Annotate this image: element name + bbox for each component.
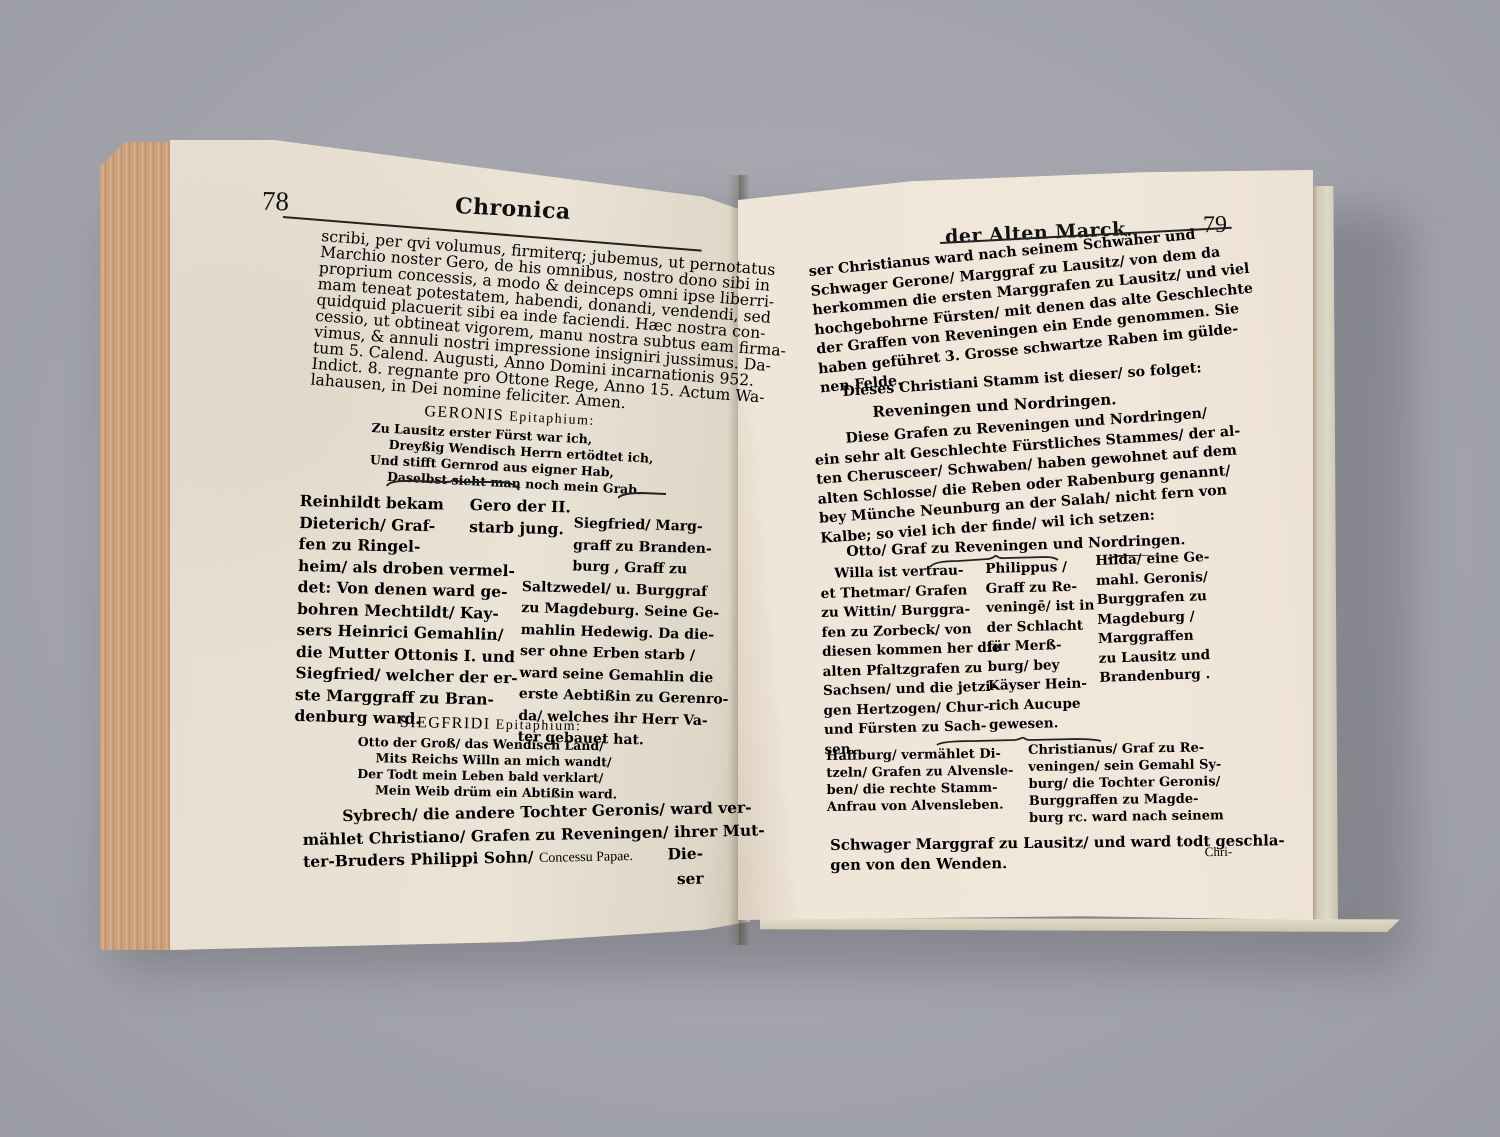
- siegfridi-epitaph-verse: Otto der Groß/ das Wendisch Land/ Mits R…: [357, 734, 658, 803]
- text-line: gen von den Wenden.: [830, 855, 1007, 874]
- epitaph-label: Epitaphium:: [509, 409, 595, 428]
- left-page-number: 78: [262, 186, 290, 218]
- text-line: der Schlacht: [986, 616, 1096, 638]
- right-page-number: 79: [1203, 212, 1227, 239]
- hyphenated-word: Die-: [667, 843, 703, 866]
- text-line: veningē/ ist in: [986, 596, 1096, 618]
- latin-phrase: Concessu Papae.: [539, 849, 633, 866]
- text-line: Käyser Hein-: [988, 674, 1098, 696]
- epitaph-label: Epitaphium:: [496, 718, 582, 734]
- lower-genealogy-column-1: Haffburg/ vermählet Di- tzeln/ Grafen zu…: [826, 745, 1027, 816]
- text-line: burg/ die Tochter Geronis/: [1028, 773, 1233, 793]
- text-line: burg/ bey: [987, 655, 1097, 677]
- text-line: burg rc. ward nach seinem: [1029, 807, 1234, 827]
- genealogy-column-1: Reinhildt bekam Dieterich/ Graf- fen zu …: [294, 490, 472, 731]
- text-line: gewesen.: [989, 713, 1099, 735]
- text-line: Graff zu Re-: [985, 577, 1095, 599]
- closing-paragraph: Sybrech/ die andere Tochter Geronis/ war…: [302, 798, 704, 898]
- epitaph-name: SIEGFRIDI: [400, 714, 491, 733]
- genealogy-column-1: Willa ist vertrau- et Thetmar/ Grafen zu…: [820, 561, 995, 760]
- genealogy-column-3: Hilda/ eine Ge- mahl. Geronis/ Burggrafe…: [1095, 547, 1230, 688]
- text-line: für Merß-: [987, 635, 1097, 657]
- text-line: rich Aucupe: [988, 694, 1098, 716]
- text-line: Anfrau von Alvensleben.: [827, 796, 1027, 816]
- latin-charter: scribi, per qvi volumus, firmiterq; jube…: [310, 228, 706, 416]
- genealogy-column-2: Philippus / Graff zu Re- veningē/ ist in…: [985, 557, 1099, 735]
- lower-genealogy-column-2: Christianus/ Graf zu Re- veningen/ sein …: [1028, 739, 1234, 827]
- siegfridi-epitaph-title: SIEGFRIDI Epitaphium:: [400, 712, 582, 735]
- closing-lines: Schwager Marggraf zu Lausitz/ und ward t…: [830, 832, 1232, 875]
- genealogy-rule: [618, 492, 668, 502]
- text-line: ter-Bruders Philippi Sohn/: [303, 847, 534, 871]
- epitaph-name: GERONIS: [424, 403, 505, 424]
- text-line: Philippus /: [985, 557, 1095, 579]
